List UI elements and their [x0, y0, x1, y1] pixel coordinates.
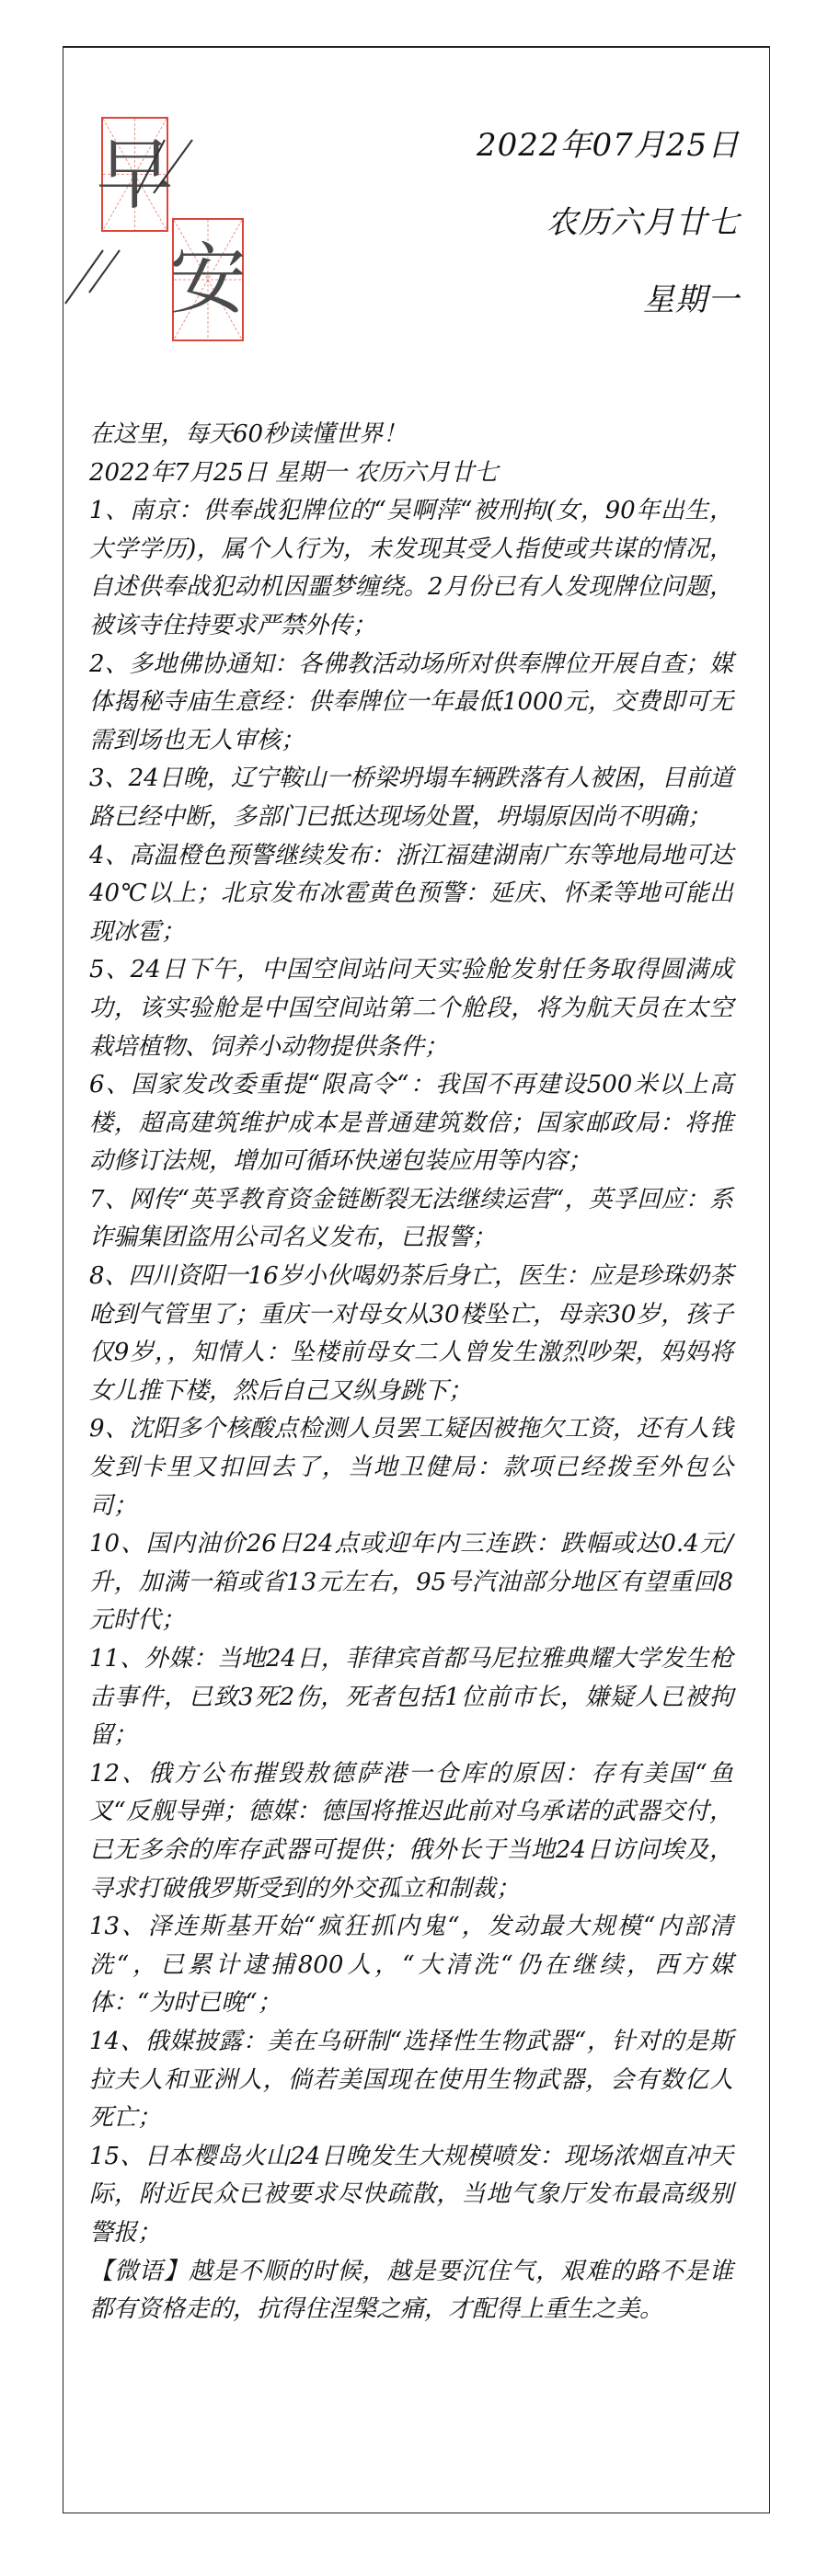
- news-item: 3、24日晚，辽宁鞍山一桥梁坍塌车辆跌落有人被困，目前道路已经中断，多部门已抵达…: [89, 760, 733, 836]
- lunar-date: 农历六月廿七: [477, 206, 740, 239]
- news-item: 10、国内油价26日24点或迎年内三连跌：跌幅或达0.4元/升，加满一箱或省13…: [89, 1525, 733, 1640]
- news-item: 6、国家发改委重提“限高令“：我国不再建设500米以上高楼，超高建筑维护成本是普…: [89, 1066, 733, 1181]
- intro-text: 在这里，每天60秒读懂世界！: [89, 416, 733, 454]
- news-card: 早 安 2022年07月25日 农历六月廿七 星期一 在这里，每天60秒读懂世界…: [63, 46, 770, 2513]
- news-item: 7、网传“英孚教育资金链断裂无法继续运营“，英孚回应：系诈骗集团盗用公司名义发布…: [89, 1181, 733, 1258]
- dateline-text: 2022年7月25日 星期一 农历六月廿七: [89, 454, 733, 493]
- gregorian-date: 2022年07月25日: [477, 129, 740, 162]
- double-slash-decoration-icon: [62, 248, 126, 305]
- news-item: 2、多地佛协通知：各佛教活动场所对供奉牌位开展自查；媒体揭秘寺庙生意经：供奉牌位…: [89, 646, 733, 761]
- news-item: 15、日本樱岛火山24日晚发生大规模喷发：现场浓烟直冲天际，附近民众已被要求尽快…: [89, 2138, 733, 2253]
- news-content: 在这里，每天60秒读懂世界！ 2022年7月25日 星期一 农历六月廿七 1、南…: [89, 416, 733, 2329]
- news-item: 5、24日下午，中国空间站问天实验舱发射任务取得圆满成功，该实验舱是中国空间站第…: [89, 951, 733, 1066]
- title-char-an: 安: [174, 220, 242, 339]
- weekday: 星期一: [477, 283, 740, 316]
- date-block: 2022年07月25日 农历六月廿七 星期一: [477, 129, 740, 316]
- quote-text: 【微语】越是不顺的时候，越是要沉住气，艰难的路不是谁都有资格走的，抗得住涅槃之痛…: [89, 2253, 733, 2329]
- title-char-box-an: 安: [172, 218, 244, 341]
- news-item: 8、四川资阳一16岁小伙喝奶茶后身亡，医生：应是珍珠奶茶呛到气管里了；重庆一对母…: [89, 1258, 733, 1410]
- double-slash-decoration-icon: [135, 138, 200, 195]
- news-item: 14、俄媒披露：美在乌研制“选择性生物武器“，针对的是斯拉夫人和亚洲人，倘若美国…: [89, 2023, 733, 2138]
- news-item: 1、南京：供奉战犯牌位的“吴啊萍“被刑拘(女，90年出生，大学学历)，属个人行为…: [89, 492, 733, 645]
- news-item: 11、外媒：当地24日，菲律宾首都马尼拉雅典耀大学发生枪击事件，已致3死2伤，死…: [89, 1640, 733, 1755]
- news-item: 9、沈阳多个核酸点检测人员罢工疑因被拖欠工资，还有人钱发到卡里又扣回去了，当地卫…: [89, 1410, 733, 1525]
- news-item: 13、泽连斯基开始“疯狂抓内鬼“，发动最大规模“内部清洗“，已累计逮捕800人，…: [89, 1908, 733, 2023]
- news-item: 4、高温橙色预警继续发布：浙江福建湖南广东等地局地可达40℃以上；北京发布冰雹黄…: [89, 837, 733, 952]
- news-item: 12、俄方公布摧毁敖德萨港一仓库的原因：存有美国“鱼叉“反舰导弹；德媒：德国将推…: [89, 1755, 733, 1908]
